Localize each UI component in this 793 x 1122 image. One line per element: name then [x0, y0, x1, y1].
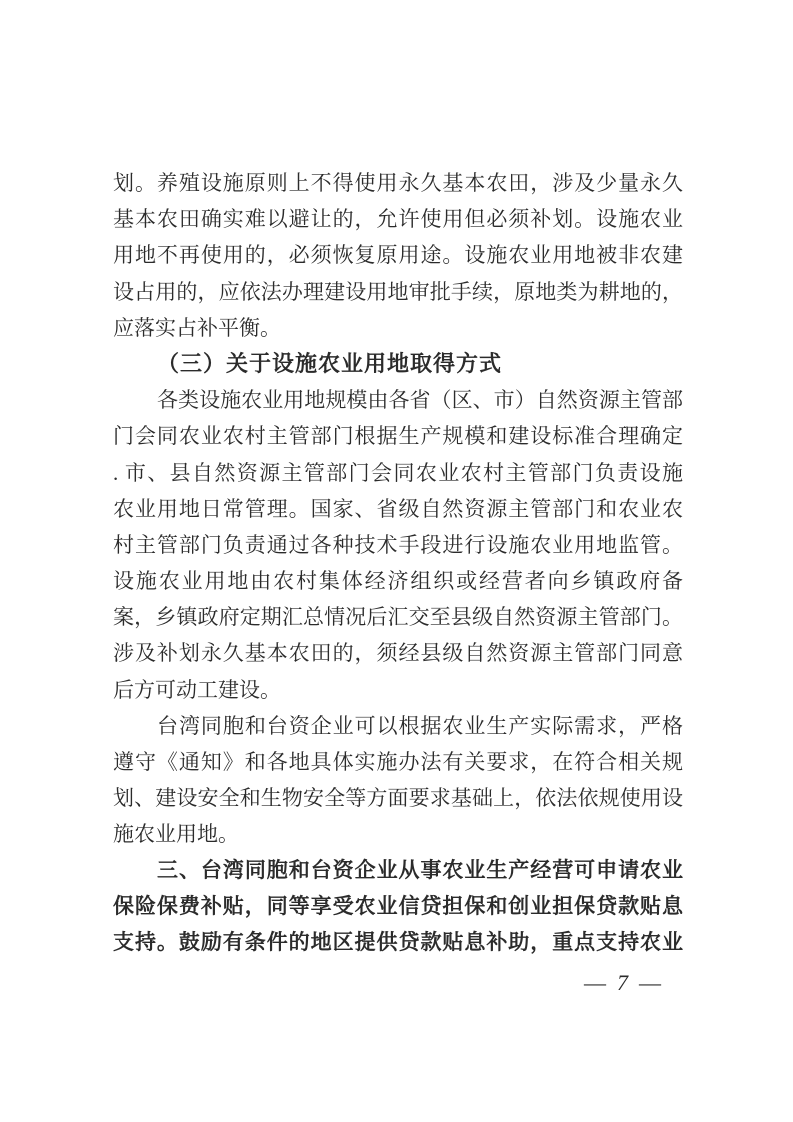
text-line: 支持。鼓励有条件的地区提供贷款贴息补助，重点支持农业: [113, 925, 683, 961]
text-line: 设施农业用地由农村集体经济组织或经营者向乡镇政府备: [113, 563, 683, 599]
text-line: 划。养殖设施原则上不得使用永久基本农田，涉及少量永久: [113, 165, 683, 201]
text-line: 应落实占补平衡。: [113, 310, 683, 346]
paragraph: 划。养殖设施原则上不得使用永久基本农田，涉及少量永久基本农田确实难以避让的，允许…: [113, 165, 683, 346]
paragraph: 各类设施农业用地规模由各省（区、市）自然资源主管部门会同农业农村主管部门根据生产…: [113, 382, 683, 708]
text-line: 门会同农业农村主管部门根据生产规模和建设标准合理确定: [113, 418, 683, 454]
heading-line: （三）关于设施农业用地取得方式: [113, 346, 683, 382]
text-line: . 市、县自然资源主管部门会同农业农村主管部门负责设施: [113, 455, 683, 491]
text-line: 农业用地日常管理。国家、省级自然资源主管部门和农业农: [113, 491, 683, 527]
text-line: 基本农田确实难以避让的，允许使用但必须补划。设施农业: [113, 201, 683, 237]
text-line: 施农业用地。: [113, 816, 683, 852]
text-line: 遵守《通知》和各地具体实施办法有关要求，在符合相关规: [113, 744, 683, 780]
section-heading: （三）关于设施农业用地取得方式: [113, 346, 683, 382]
paragraph: 台湾同胞和台资企业可以根据农业生产实际需求，严格遵守《通知》和各地具体实施办法有…: [113, 708, 683, 853]
text-line: 涉及补划永久基本农田的，须经县级自然资源主管部门同意: [113, 635, 683, 671]
text-line: 各类设施农业用地规模由各省（区、市）自然资源主管部: [113, 382, 683, 418]
text-line: 村主管部门负责通过各种技术手段进行设施农业用地监管。: [113, 527, 683, 563]
footer-right-dash: —: [639, 970, 661, 995]
page-footer: —7—: [113, 966, 683, 1000]
text-line: 保险保费补贴，同等享受农业信贷担保和创业担保贷款贴息: [113, 889, 683, 925]
text-line: 设占用的，应依法办理建设用地审批手续，原地类为耕地的，: [113, 274, 683, 310]
footer-left-dash: —: [584, 970, 606, 995]
page-number: 7: [606, 970, 639, 995]
document-page: 划。养殖设施原则上不得使用永久基本农田，涉及少量永久基本农田确实难以避让的，允许…: [0, 0, 793, 1122]
text-line: 三、台湾同胞和台资企业从事农业生产经营可申请农业: [113, 853, 683, 889]
text-line: 台湾同胞和台资企业可以根据农业生产实际需求，严格: [113, 708, 683, 744]
text-line: 后方可动工建设。: [113, 672, 683, 708]
paragraph: 三、台湾同胞和台资企业从事农业生产经营可申请农业保险保费补贴，同等享受农业信贷担…: [113, 853, 683, 962]
text-line: 划、建设安全和生物安全等方面要求基础上，依法依规使用设: [113, 780, 683, 816]
text-line: 案，乡镇政府定期汇总情况后汇交至县级自然资源主管部门。: [113, 599, 683, 635]
text-line: 用地不再使用的，必须恢复原用途。设施农业用地被非农建: [113, 237, 683, 273]
document-body: 划。养殖设施原则上不得使用永久基本农田，涉及少量永久基本农田确实难以避让的，允许…: [113, 165, 683, 961]
